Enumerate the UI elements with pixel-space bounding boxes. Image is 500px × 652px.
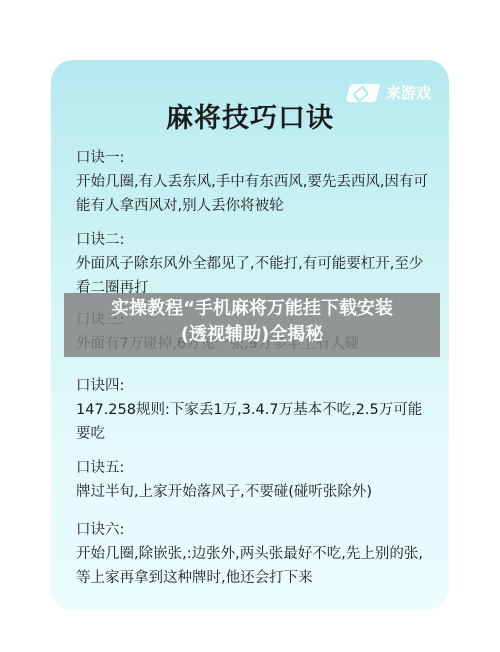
card-title: 麻将技巧口诀 [0,96,500,135]
tip-heading: 口诀二: [76,228,436,252]
tip-body: 牌过半旬,上家开始落风子,不要碰(碰听张除外) [76,480,436,504]
tip-heading: 口诀五: [76,456,436,480]
tip-section-2: 口诀二: 外面风子除东风外全都见了,不能打,有可能要杠开,至少看二圈再打 [76,228,436,300]
tip-body: 开始几圈,除嵌张,:边张外,两头张最好不吃,先上别的张,等上家再拿到这种牌时,他… [76,542,436,590]
tip-body: 147.258规则:下家丢1万,3.4.7万基本不吃,2.5万可能要吃 [76,398,436,446]
tip-section-6: 口诀六: 开始几圈,除嵌张,:边张外,两头张最好不吃,先上别的张,等上家再拿到这… [76,518,436,590]
overlay-line-1: 实操教程“手机麻将万能挂下载安装 [64,296,440,322]
tip-body: 开始几圈,有人丢东风,手中有东西风,要先丢西风,因有可能有人拿西风对,别人丢你将… [76,170,436,218]
tip-heading: 口诀一: [76,146,436,170]
overlay-line-2: (透视辅助)全揭秘 [64,322,440,348]
tip-section-4: 口诀四: 147.258规则:下家丢1万,3.4.7万基本不吃,2.5万可能要吃 [76,374,436,446]
tip-section-5: 口诀五: 牌过半旬,上家开始落风子,不要碰(碰听张除外) [76,456,436,504]
overlay-caption: 实操教程“手机麻将万能挂下载安装 (透视辅助)全揭秘 [64,296,440,348]
tip-section-1: 口诀一: 开始几圈,有人丢东风,手中有东西风,要先丢西风,因有可能有人拿西风对,… [76,146,436,218]
tip-heading: 口诀六: [76,518,436,542]
tip-heading: 口诀四: [76,374,436,398]
